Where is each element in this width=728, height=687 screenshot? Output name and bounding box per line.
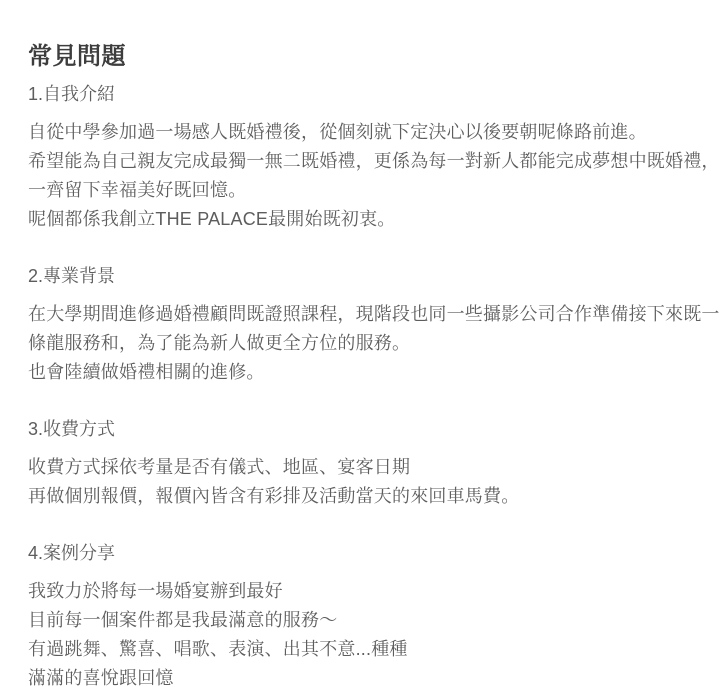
section-body: 收費方式採依考量是否有儀式、地區、宴客日期 再做個別報價，報價內皆含有彩排及活動… — [28, 453, 724, 511]
body-line: 希望能為自己親友完成最獨一無二既婚禮，更係為每一對新人都能完成夢想中既婚禮， — [28, 147, 724, 176]
body-line: 收費方式採依考量是否有儀式、地區、宴客日期 — [28, 453, 724, 482]
faq-section-background: 2.專業背景 在大學期間進修過婚禮顧問既證照課程，現階段也同一些攝影公司合作準備… — [28, 262, 724, 387]
section-body: 在大學期間進修過婚禮顧問既證照課程，現階段也同一些攝影公司合作準備接下來既一 條… — [28, 300, 724, 387]
section-heading: 3.收費方式 — [28, 415, 724, 444]
body-line: 在大學期間進修過婚禮顧問既證照課程，現階段也同一些攝影公司合作準備接下來既一 — [28, 300, 724, 329]
section-heading: 4.案例分享 — [28, 539, 724, 568]
faq-section-self-intro: 1.自我介紹 自從中學參加過一場感人既婚禮後，從個刻就下定決心以後要朝呢條路前進… — [28, 80, 724, 234]
body-line: 目前每一個案件都是我最滿意的服務～ — [28, 606, 724, 635]
faq-section-pricing: 3.收費方式 收費方式採依考量是否有儀式、地區、宴客日期 再做個別報價，報價內皆… — [28, 415, 724, 511]
faq-page: 常見問題 1.自我介紹 自從中學參加過一場感人既婚禮後，從個刻就下定決心以後要朝… — [0, 0, 728, 687]
section-body: 自從中學參加過一場感人既婚禮後，從個刻就下定決心以後要朝呢條路前進。 希望能為自… — [28, 118, 724, 234]
body-line: 有過跳舞、驚喜、唱歌、表演、出其不意...種種 — [28, 635, 724, 664]
body-line: 再做個別報價，報價內皆含有彩排及活動當天的來回車馬費。 — [28, 482, 724, 511]
body-line: 我致力於將每一場婚宴辦到最好 — [28, 577, 724, 606]
body-line: 呢個都係我創立THE PALACE最開始既初衷。 — [28, 205, 724, 234]
body-line: 也會陸續做婚禮相關的進修。 — [28, 358, 724, 387]
section-heading: 2.專業背景 — [28, 262, 724, 291]
body-line: 滿滿的喜悅跟回憶 — [28, 664, 724, 687]
body-line: 自從中學參加過一場感人既婚禮後，從個刻就下定決心以後要朝呢條路前進。 — [28, 118, 724, 147]
page-title: 常見問題 — [28, 42, 724, 72]
section-heading: 1.自我介紹 — [28, 80, 724, 109]
body-line: 條龍服務和，為了能為新人做更全方位的服務。 — [28, 329, 724, 358]
faq-section-cases: 4.案例分享 我致力於將每一場婚宴辦到最好 目前每一個案件都是我最滿意的服務～ … — [28, 539, 724, 687]
body-line: 一齊留下幸福美好既回憶。 — [28, 176, 724, 205]
section-body: 我致力於將每一場婚宴辦到最好 目前每一個案件都是我最滿意的服務～ 有過跳舞、驚喜… — [28, 577, 724, 687]
